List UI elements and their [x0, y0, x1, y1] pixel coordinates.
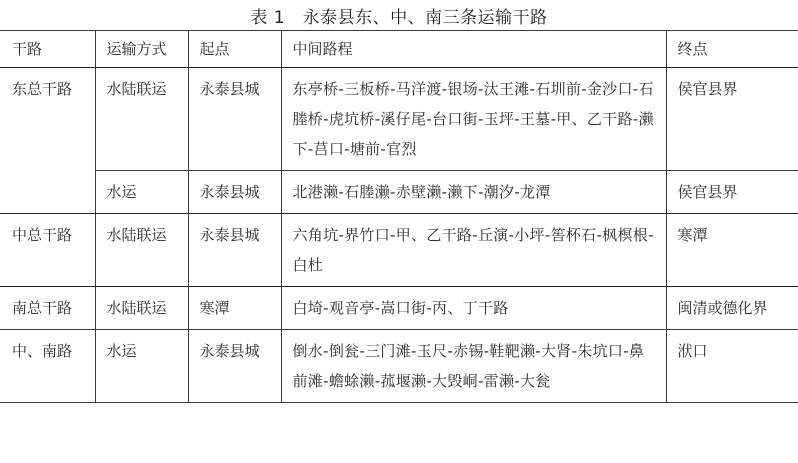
table-header-row: 干路 运输方式 起点 中间路程 终点	[0, 31, 798, 68]
cell-end: 侯官县界	[666, 68, 798, 171]
cell-trunk: 东总干路	[0, 68, 95, 214]
cell-end: 侯官县界	[666, 171, 798, 214]
cell-mode: 水运	[95, 171, 188, 214]
header-end: 终点	[666, 31, 798, 68]
cell-start: 寒潭	[188, 287, 281, 330]
cell-start: 永泰县城	[188, 68, 281, 171]
table-row: 中、南路 水运 永泰县城 倒水-倒瓮-三门滩-玉尺-赤锡-鞋靶濑-大肾-朱坑口-…	[0, 330, 798, 403]
trunk-roads-table: 干路 运输方式 起点 中间路程 终点 东总干路 水陆联运 永泰县城 东亭桥-三板…	[0, 30, 798, 403]
table-row: 水运 永泰县城 北港濑-石塍濑-赤壁濑-濑下-潮汐-龙潭 侯官县界	[0, 171, 798, 214]
table-caption: 表 1 永泰县东、中、南三条运输干路	[0, 3, 798, 28]
cell-end: 寒潭	[666, 214, 798, 287]
cell-trunk: 中、南路	[0, 330, 95, 403]
cell-mode: 水陆联运	[95, 68, 188, 171]
table-row: 中总干路 水陆联运 永泰县城 六角坑-界竹口-甲、乙干路-丘演-小坪-筶杯石-枫…	[0, 214, 798, 287]
cell-start: 永泰县城	[188, 214, 281, 287]
cell-route: 六角坑-界竹口-甲、乙干路-丘演-小坪-筶杯石-枫榠根-白杜	[281, 214, 666, 287]
cell-mode: 水陆联运	[95, 287, 188, 330]
cell-trunk: 南总干路	[0, 287, 95, 330]
cell-route: 北港濑-石塍濑-赤壁濑-濑下-潮汐-龙潭	[281, 171, 666, 214]
table-row: 东总干路 水陆联运 永泰县城 东亭桥-三板桥-马洋渡-银场-汰王滩-石圳前-金沙…	[0, 68, 798, 171]
cell-start: 永泰县城	[188, 330, 281, 403]
cell-mode: 水运	[95, 330, 188, 403]
cell-trunk: 中总干路	[0, 214, 95, 287]
cell-route: 东亭桥-三板桥-马洋渡-银场-汰王滩-石圳前-金沙口-石塍桥-虎坑桥-溪仔尾-台…	[281, 68, 666, 171]
header-trunk: 干路	[0, 31, 95, 68]
table-row: 南总干路 水陆联运 寒潭 白埼-观音亭-嵩口街-丙、丁干路 闽清或德化界	[0, 287, 798, 330]
header-mode: 运输方式	[95, 31, 188, 68]
cell-end: 闽清或德化界	[666, 287, 798, 330]
cell-route: 白埼-观音亭-嵩口街-丙、丁干路	[281, 287, 666, 330]
cell-start: 永泰县城	[188, 171, 281, 214]
header-start: 起点	[188, 31, 281, 68]
cell-route: 倒水-倒瓮-三门滩-玉尺-赤锡-鞋靶濑-大肾-朱坑口-鼻前滩-蟾蜍濑-菰堰濑-大…	[281, 330, 666, 403]
cell-end: 洑口	[666, 330, 798, 403]
header-route: 中间路程	[281, 31, 666, 68]
cell-mode: 水陆联运	[95, 214, 188, 287]
